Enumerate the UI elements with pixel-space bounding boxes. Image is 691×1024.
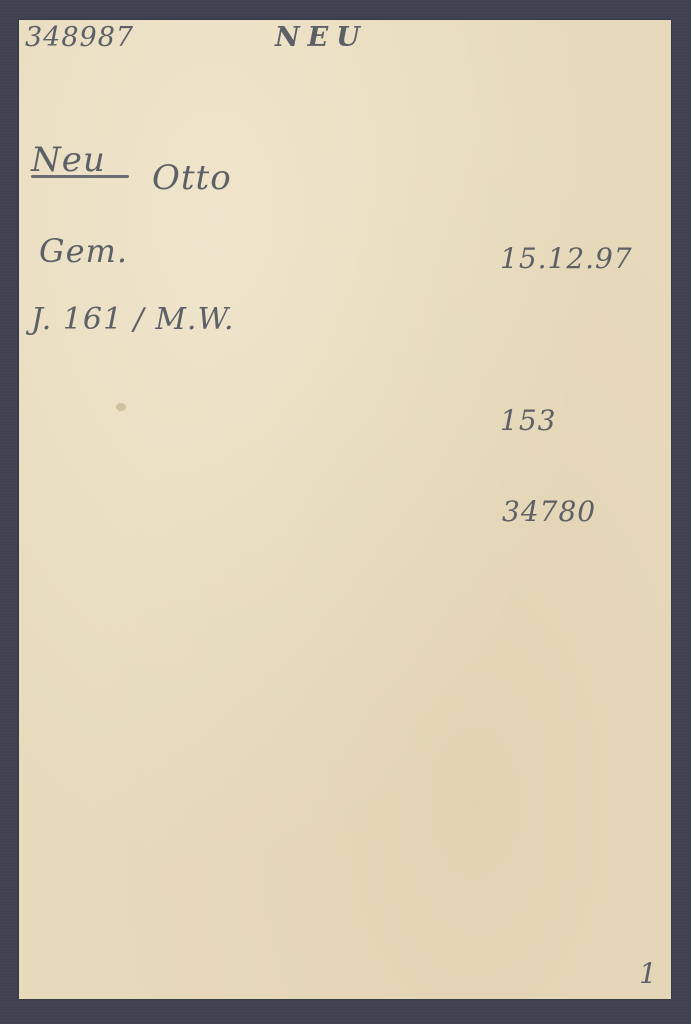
reference-code: J. 161 / M.W.	[31, 302, 235, 337]
page-number: 1	[639, 957, 658, 990]
number-b: 34780	[502, 495, 596, 528]
surname-underline	[31, 175, 129, 178]
abbreviation: Gem.	[39, 232, 128, 270]
given-name: Otto	[152, 158, 232, 198]
index-card: 348987 NEU Neu Otto Gem. J. 161 / M.W. 1…	[19, 20, 671, 999]
paper-stain	[116, 403, 126, 411]
catalog-number: 348987	[25, 22, 134, 53]
date: 15.12.97	[500, 242, 633, 275]
surname: Neu	[31, 140, 106, 180]
header-name: NEU	[275, 22, 368, 53]
number-a: 153	[500, 404, 556, 437]
